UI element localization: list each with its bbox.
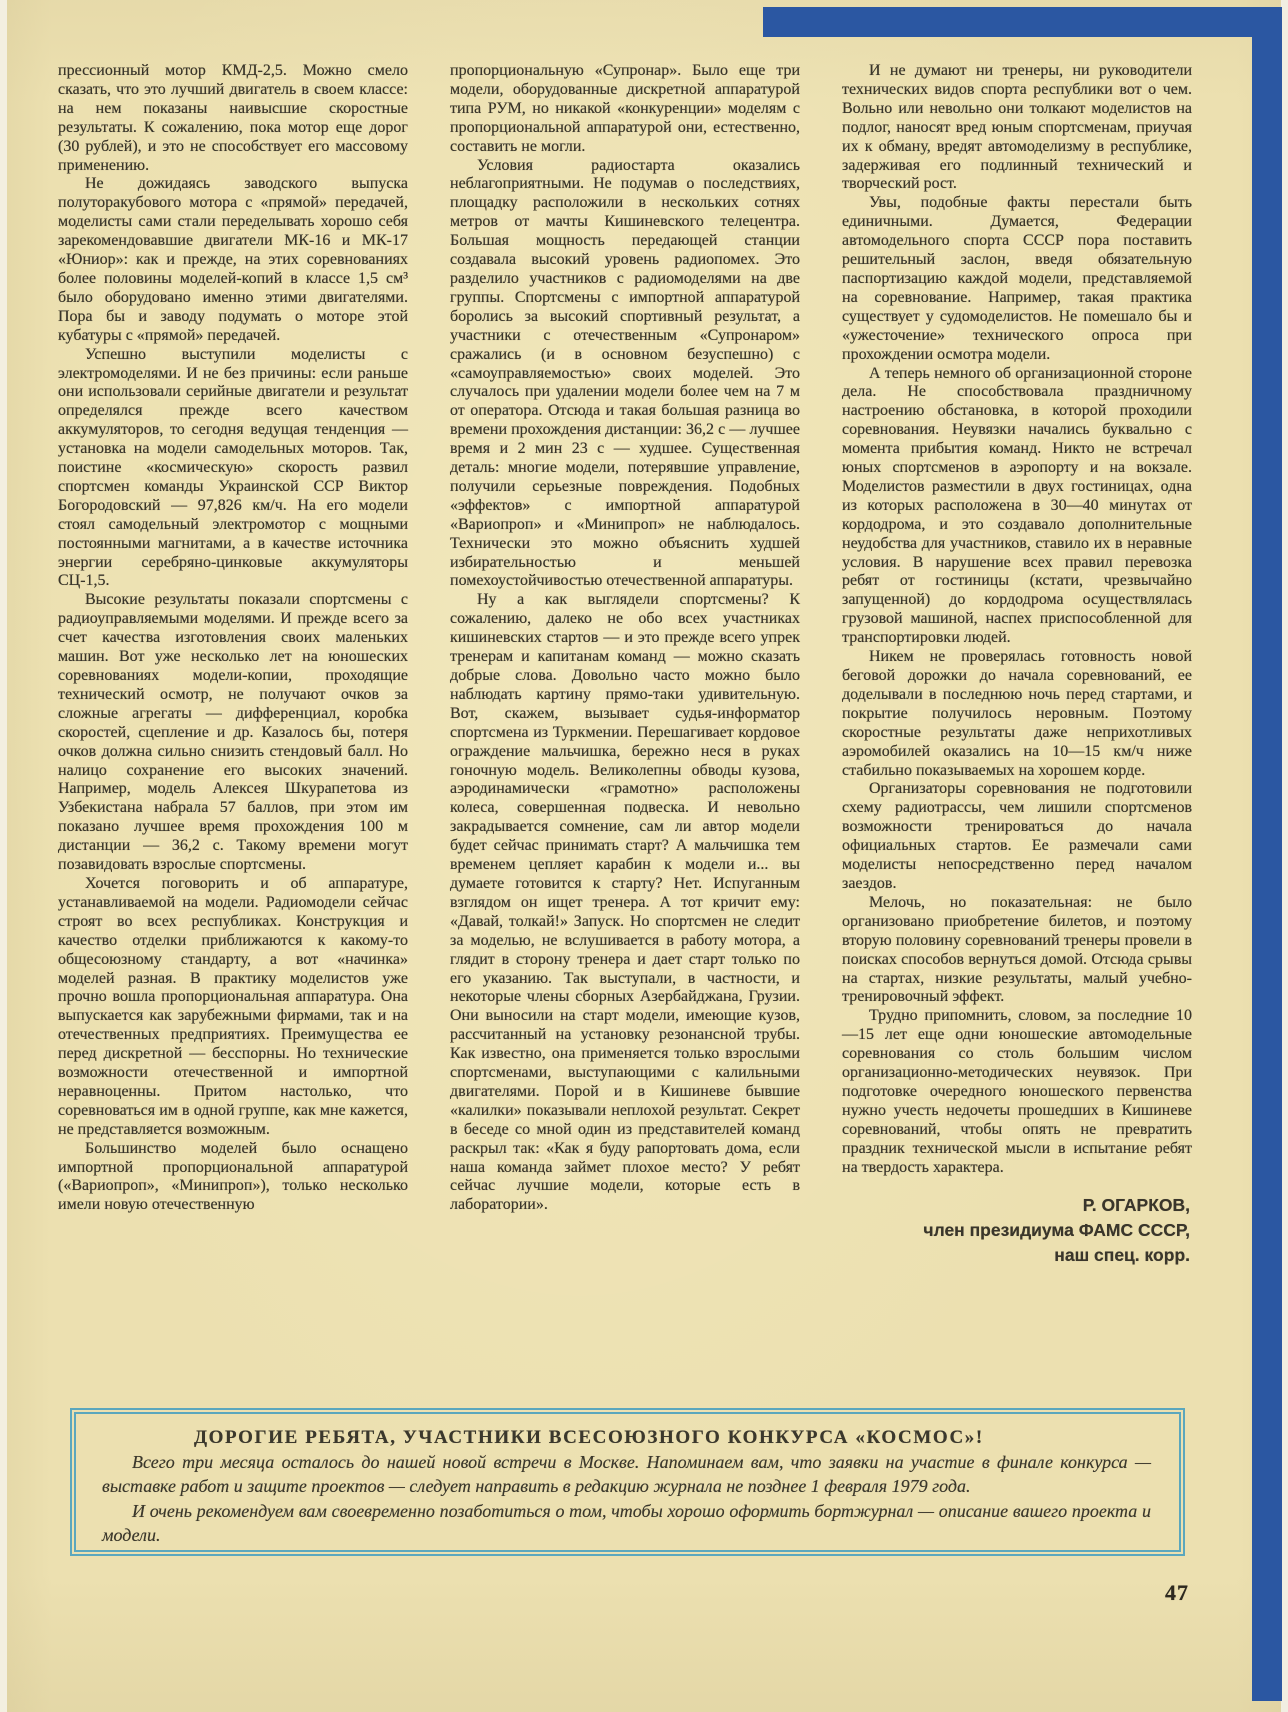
paragraph: И не думают ни тренеры, ни руководители … xyxy=(842,62,1192,194)
paragraph: А теперь немного об организационной стор… xyxy=(842,365,1192,649)
notice-paragraph: Всего три месяца осталось до нашей новой… xyxy=(102,1450,1151,1499)
contest-notice-body: Всего три месяца осталось до нашей новой… xyxy=(102,1450,1151,1548)
page-right-edge xyxy=(1281,0,1288,1712)
column-2: пропорциональную «Супронар». Было еще тр… xyxy=(450,62,800,1268)
column-1: прессионный мотор КМД-2,5. Можно смело с… xyxy=(58,62,408,1268)
page-number: 47 xyxy=(1142,1580,1212,1606)
paragraph: Не дожидаясь заводского выпуска полутора… xyxy=(58,175,408,345)
paragraph: Мелочь, но показательная: не было органи… xyxy=(842,894,1192,1007)
notice-paragraph: И очень рекомендуем вам своевременно поз… xyxy=(102,1499,1151,1548)
contest-notice-box: ДОРОГИЕ РЕБЯТА, УЧАСТНИКИ ВСЕСОЮЗНОГО КО… xyxy=(70,1408,1185,1556)
column-3: И не думают ни тренеры, ни руководители … xyxy=(842,62,1192,1268)
paragraph: Ну а как выглядели спортсмены? К сожален… xyxy=(450,591,800,1215)
paragraph: Успешно выступили моделисты с электромод… xyxy=(58,346,408,592)
author-signature: Р. ОГАРКОВ,член президиума ФАМС СССР,наш… xyxy=(842,1193,1192,1268)
paragraph: Условия радиостарта оказались неблагопри… xyxy=(450,157,800,592)
signature-line: Р. ОГАРКОВ, xyxy=(842,1193,1190,1218)
decor-top-blue-bar xyxy=(763,7,1282,37)
article-body: прессионный мотор КМД-2,5. Можно смело с… xyxy=(58,62,1192,1268)
signature-line: наш спец. корр. xyxy=(842,1243,1190,1268)
paragraph: Хочется поговорить и об аппаратуре, уста… xyxy=(58,875,408,1140)
paragraph: Большинство моделей было оснащено импорт… xyxy=(58,1140,408,1216)
paragraph: Трудно припомнить, словом, за последние … xyxy=(842,1007,1192,1177)
paragraph: Увы, подобные факты перестали быть едини… xyxy=(842,194,1192,364)
signature-line: член президиума ФАМС СССР, xyxy=(842,1218,1190,1243)
decor-right-blue-bar xyxy=(1252,7,1282,1701)
contest-notice-heading: ДОРОГИЕ РЕБЯТА, УЧАСТНИКИ ВСЕСОЮЗНОГО КО… xyxy=(102,1425,1151,1450)
paragraph: Никем не проверялась готовность новой бе… xyxy=(842,648,1192,780)
page-left-edge xyxy=(0,0,7,1712)
paragraph: прессионный мотор КМД-2,5. Можно смело с… xyxy=(58,62,408,175)
paragraph: Организаторы соревнования не подготовили… xyxy=(842,780,1192,893)
paragraph: пропорциональную «Супронар». Было еще тр… xyxy=(450,62,800,157)
paragraph: Высокие результаты показали спортсмены с… xyxy=(58,591,408,875)
magazine-page: { "page": { "number": "47" }, "colors": … xyxy=(0,0,1288,1712)
